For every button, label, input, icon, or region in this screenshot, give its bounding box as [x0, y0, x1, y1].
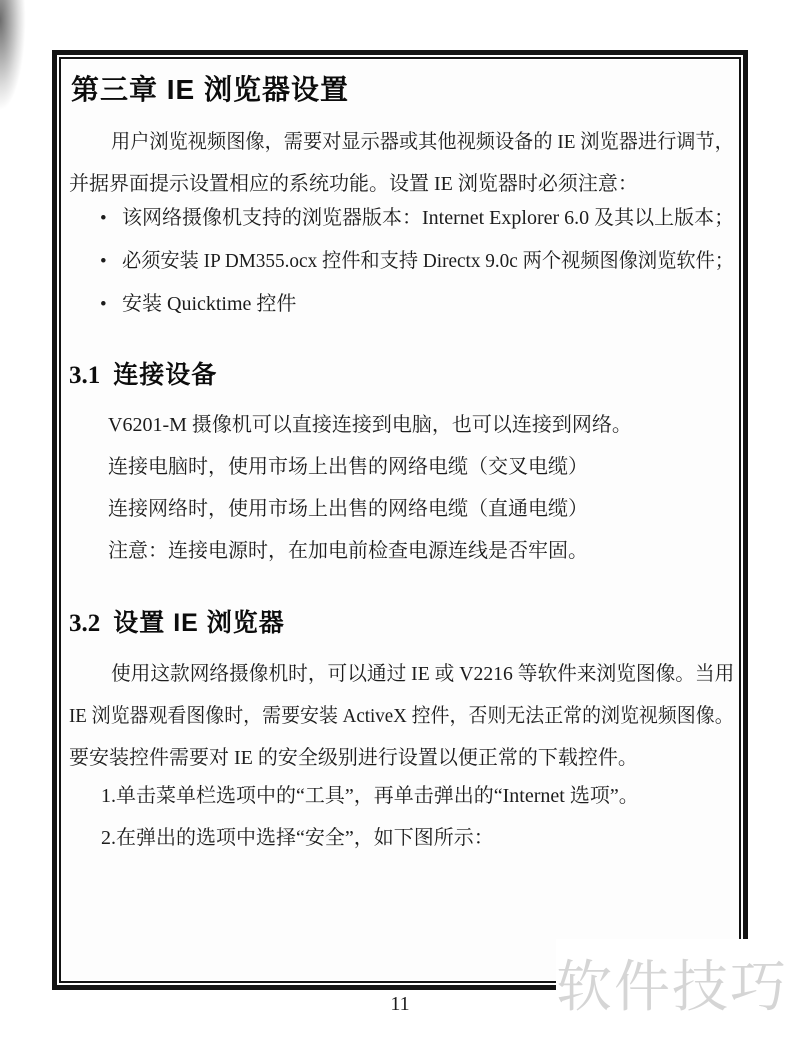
page-frame-inner: 第三章 IE 浏览器设置 用户浏览视频图像，需要对显示器或其他视频设备的 IE … [59, 57, 741, 983]
section-3-2-heading: 3.2设置 IE 浏览器 [69, 606, 734, 641]
section-3-1-heading: 3.1连接设备 [69, 358, 734, 393]
step-2: 2.在弹出的选项中选择“安全”，如下图所示： [69, 817, 734, 859]
page-number: 11 [390, 993, 409, 1015]
section-3-2-line: 使用这款网络摄像机时，可以通过 IE 或 V2216 等软件来浏览图像。当用 [69, 653, 734, 695]
section-3-1-line: 连接网络时，使用市场上出售的网络电缆（直通电缆） [69, 488, 734, 530]
section-3-1-line: V6201-M 摄像机可以直接连接到电脑，也可以连接到网络。 [69, 404, 734, 446]
section-3-2-line: IE 浏览器观看图像时，需要安装 ActiveX 控件，否则无法正常的浏览视频图… [69, 695, 734, 737]
bullet-icon: • [100, 197, 107, 240]
section-3-2-line: 要安装控件需要对 IE 的安全级别进行设置以便正常的下载控件。 [69, 737, 734, 779]
section-title: 设置 IE 浏览器 [113, 609, 285, 637]
chapter-title: 第三章 IE 浏览器设置 [71, 72, 734, 108]
bullet-icon: • [100, 283, 107, 326]
intro-line-1: 用户浏览视频图像，需要对显示器或其他视频设备的 IE 浏览器进行调节， [69, 121, 734, 163]
section-3-1-note: 注意：连接电源时，在加电前检查电源连线是否牢固。 [69, 530, 734, 572]
page-content: 第三章 IE 浏览器设置 用户浏览视频图像，需要对显示器或其他视频设备的 IE … [61, 59, 739, 981]
scan-edge-artifact [0, 0, 34, 150]
section-number: 3.1 [69, 362, 100, 389]
section-title: 连接设备 [113, 361, 217, 389]
list-item: • 该网络摄像机支持的浏览器版本：Internet Explorer 6.0 及… [69, 197, 734, 240]
section-number: 3.2 [69, 610, 100, 637]
list-item: • 安装 Quicktime 控件 [69, 283, 734, 326]
section-3-1-line: 连接电脑时，使用市场上出售的网络电缆（交叉电缆） [69, 446, 734, 488]
page-number-row: 11 [52, 992, 748, 1016]
page-frame: 第三章 IE 浏览器设置 用户浏览视频图像，需要对显示器或其他视频设备的 IE … [52, 50, 748, 990]
list-item: • 必须安装 IP DM355.ocx 控件和支持 Directx 9.0c 两… [69, 240, 734, 283]
bullet-icon: • [100, 240, 107, 283]
step-1: 1.单击菜单栏选项中的“工具”，再单击弹出的“Internet 选项”。 [69, 775, 734, 817]
requirements-list: • 该网络摄像机支持的浏览器版本：Internet Explorer 6.0 及… [69, 197, 734, 326]
